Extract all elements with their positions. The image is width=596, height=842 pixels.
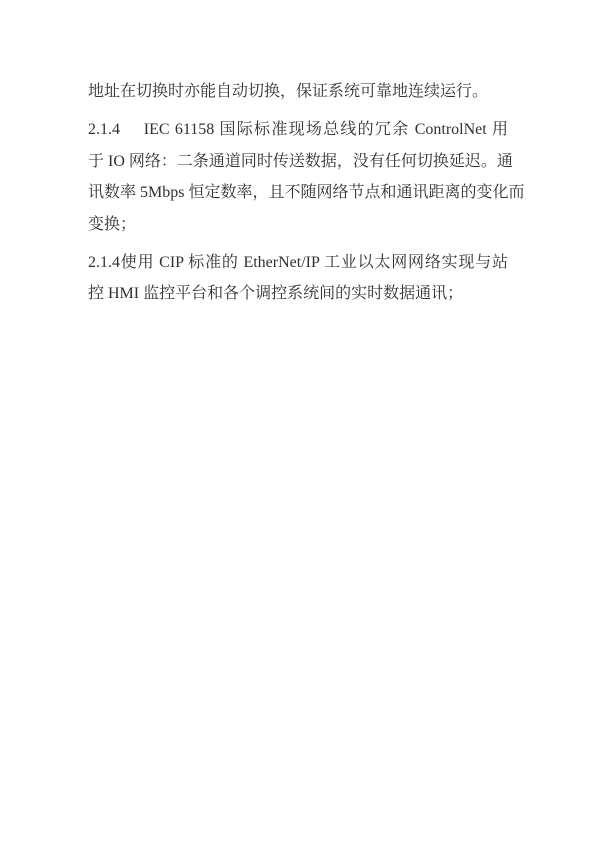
document-text-body: 地址在切换时亦能自动切换，保证系统可靠地连续运行。 2.1.4 IEC 6115… [88,76,508,316]
paragraph-ethernet-ip: 2.1.4使用 CIP 标准的 EtherNet/IP 工业以太网网络实现与站 … [88,247,508,310]
text-line: 于 IO 网络：二条通道同时传送数据，没有任何切换延迟。通 [88,146,508,178]
document-page: 地址在切换时亦能自动切换，保证系统可靠地连续运行。 2.1.4 IEC 6115… [0,0,596,842]
text-line: 控 HMI 监控平台和各个调控系统间的实时数据通讯； [88,278,508,310]
text-line: 讯数率 5Mbps 恒定数率，且不随网络节点和通讯距离的变化而 [88,177,508,209]
text-line: 变换； [88,209,508,241]
text-line: 2.1.4 IEC 61158 国际标准现场总线的冗余 ControlNet 用 [88,114,508,146]
text-line: 地址在切换时亦能自动切换，保证系统可靠地连续运行。 [88,76,508,108]
paragraph-controlnet: 2.1.4 IEC 61158 国际标准现场总线的冗余 ControlNet 用… [88,114,508,240]
paragraph-intro: 地址在切换时亦能自动切换，保证系统可靠地连续运行。 [88,76,508,108]
text-line: 2.1.4使用 CIP 标准的 EtherNet/IP 工业以太网网络实现与站 [88,247,508,279]
